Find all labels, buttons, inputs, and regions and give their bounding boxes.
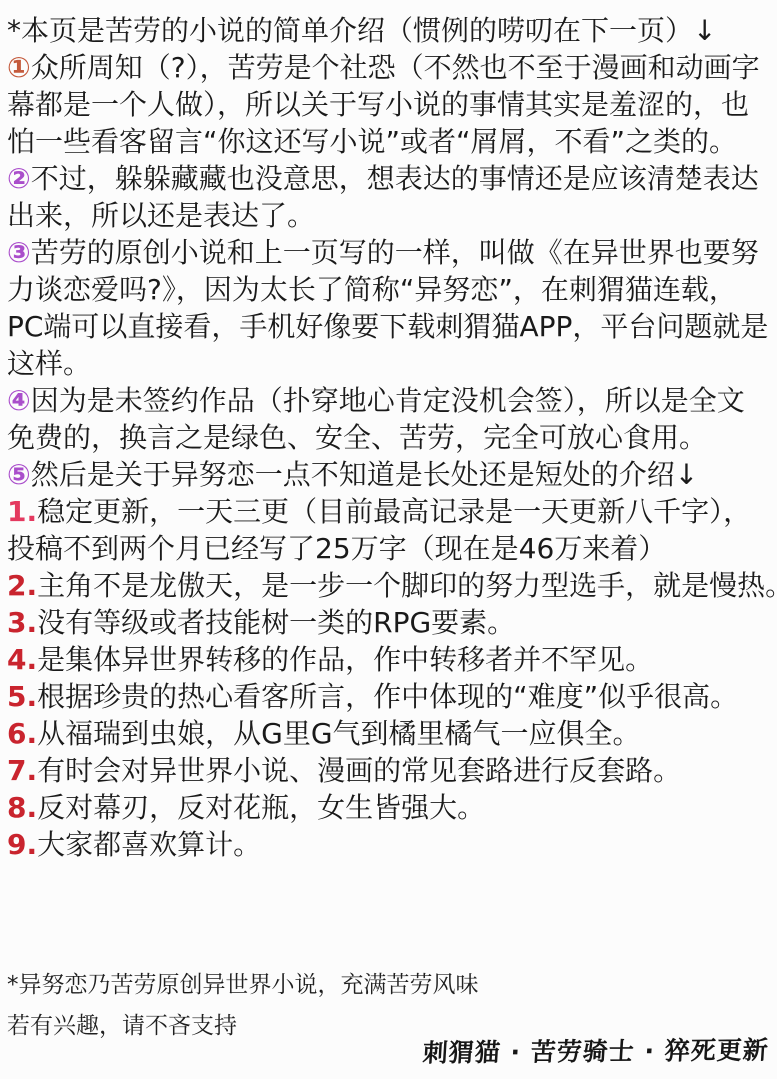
footer-note-line-1: *异努恋乃苦劳原创异世界小说，充满苦劳风味: [7, 966, 479, 999]
text-line: 免费的，换言之是绿色、安全、苦劳，完全可放心食用。: [7, 419, 777, 456]
line-text: PC端可以直接看，手机好像要下载刺猬猫APP，平台问题就是: [7, 310, 768, 343]
line-marker: ⑤: [7, 458, 31, 491]
author-signature: 刺猬猫 · 苦劳骑士 · 猝死更新: [422, 1030, 770, 1069]
text-line: ①众所周知（?），苦劳是个社恐（不然也不至于漫画和动画字: [7, 49, 777, 86]
line-text: 幕都是一个人做），所以关于写小说的事情其实是羞涩的，也: [7, 88, 749, 121]
text-line: 力谈恋爱吗?》，因为太长了简称“异努恋”，在刺猬猫连载，: [7, 271, 777, 308]
line-text: 主角不是龙傲天，是一步一个脚印的努力型选手，就是慢热。: [37, 569, 777, 602]
line-marker: ④: [7, 384, 31, 417]
line-marker: 6.: [7, 717, 37, 750]
line-text: 苦劳的原创小说和上一页写的一样，叫做《在异世界也要努: [31, 236, 759, 269]
line-text: 因为是未签约作品（扑穿地心肯定没机会签），所以是全文: [31, 384, 745, 417]
line-text: *本页是苦劳的小说的简单介绍（惯例的唠叨在下一页）↓: [7, 14, 716, 47]
text-line: 9.大家都喜欢算计。: [7, 826, 777, 863]
footer-note-line-2: 若有兴趣，请不吝支持: [7, 1007, 237, 1040]
line-marker: 3.: [7, 606, 37, 639]
line-text: 从福瑞到虫娘，从G里G气到橘里橘气一应俱全。: [37, 717, 640, 750]
text-line: 6.从福瑞到虫娘，从G里G气到橘里橘气一应俱全。: [7, 715, 777, 752]
text-line: 幕都是一个人做），所以关于写小说的事情其实是羞涩的，也: [7, 86, 777, 123]
line-text: 出来，所以还是表达了。: [7, 199, 315, 232]
line-text: 没有等级或者技能树一类的RPG要素。: [37, 606, 515, 639]
text-line: 7.有时会对异世界小说、漫画的常见套路进行反套路。: [7, 752, 777, 789]
line-marker: 7.: [7, 754, 37, 787]
author-note-text-block: *本页是苦劳的小说的简单介绍（惯例的唠叨在下一页）↓①众所周知（?），苦劳是个社…: [7, 12, 777, 863]
line-text: 反对幕刃，反对花瓶，女生皆强大。: [37, 791, 485, 824]
line-marker: ②: [7, 162, 31, 195]
line-marker: 9.: [7, 828, 37, 861]
text-line: 5.根据珍贵的热心看客所言，作中体现的“难度”似乎很高。: [7, 678, 777, 715]
text-line: PC端可以直接看，手机好像要下载刺猬猫APP，平台问题就是: [7, 308, 777, 345]
line-text: 怕一些看客留言“你这还写小说”或者“屑屑，不看”之类的。: [7, 125, 737, 158]
line-text: 免费的，换言之是绿色、安全、苦劳，完全可放心食用。: [7, 421, 707, 454]
line-text: 众所周知（?），苦劳是个社恐（不然也不至于漫画和动画字: [31, 51, 760, 84]
line-text: 投稿不到两个月已经写了25万字（现在是46万来着）: [7, 532, 666, 565]
text-line: 2.主角不是龙傲天，是一步一个脚印的努力型选手，就是慢热。: [7, 567, 777, 604]
text-line: 怕一些看客留言“你这还写小说”或者“屑屑，不看”之类的。: [7, 123, 777, 160]
line-text: 力谈恋爱吗?》，因为太长了简称“异努恋”，在刺猬猫连载，: [7, 273, 737, 306]
line-marker: 8.: [7, 791, 37, 824]
line-marker: 2.: [7, 569, 37, 602]
text-line: ②不过，躲躲藏藏也没意思，想表达的事情还是应该清楚表达: [7, 160, 777, 197]
text-line: 4.是集体异世界转移的作品，作中转移者并不罕见。: [7, 641, 777, 678]
text-line: 这样。: [7, 345, 777, 382]
line-marker: 4.: [7, 643, 37, 676]
line-text: 根据珍贵的热心看客所言，作中体现的“难度”似乎很高。: [37, 680, 738, 713]
line-marker: 1.: [7, 495, 37, 528]
line-text: 有时会对异世界小说、漫画的常见套路进行反套路。: [37, 754, 681, 787]
text-line: *本页是苦劳的小说的简单介绍（惯例的唠叨在下一页）↓: [7, 12, 777, 49]
author-note-page: *本页是苦劳的小说的简单介绍（惯例的唠叨在下一页）↓①众所周知（?），苦劳是个社…: [0, 0, 777, 1079]
line-marker: ①: [7, 51, 31, 84]
line-marker: ③: [7, 236, 31, 269]
text-line: 1.稳定更新，一天三更（目前最高记录是一天更新八千字），: [7, 493, 777, 530]
line-text: 这样。: [7, 347, 91, 380]
text-line: ③苦劳的原创小说和上一页写的一样，叫做《在异世界也要努: [7, 234, 777, 271]
text-line: 出来，所以还是表达了。: [7, 197, 777, 234]
line-text: 稳定更新，一天三更（目前最高记录是一天更新八千字），: [37, 495, 751, 528]
text-line: 3.没有等级或者技能树一类的RPG要素。: [7, 604, 777, 641]
line-text: 然后是关于异努恋一点不知道是长处还是短处的介绍↓: [31, 458, 698, 491]
line-marker: 5.: [7, 680, 37, 713]
text-line: 8.反对幕刃，反对花瓶，女生皆强大。: [7, 789, 777, 826]
text-line: ⑤然后是关于异努恋一点不知道是长处还是短处的介绍↓: [7, 456, 777, 493]
line-text: 大家都喜欢算计。: [37, 828, 261, 861]
text-line: ④因为是未签约作品（扑穿地心肯定没机会签），所以是全文: [7, 382, 777, 419]
line-text: 不过，躲躲藏藏也没意思，想表达的事情还是应该清楚表达: [31, 162, 759, 195]
text-line: 投稿不到两个月已经写了25万字（现在是46万来着）: [7, 530, 777, 567]
line-text: 是集体异世界转移的作品，作中转移者并不罕见。: [37, 643, 653, 676]
